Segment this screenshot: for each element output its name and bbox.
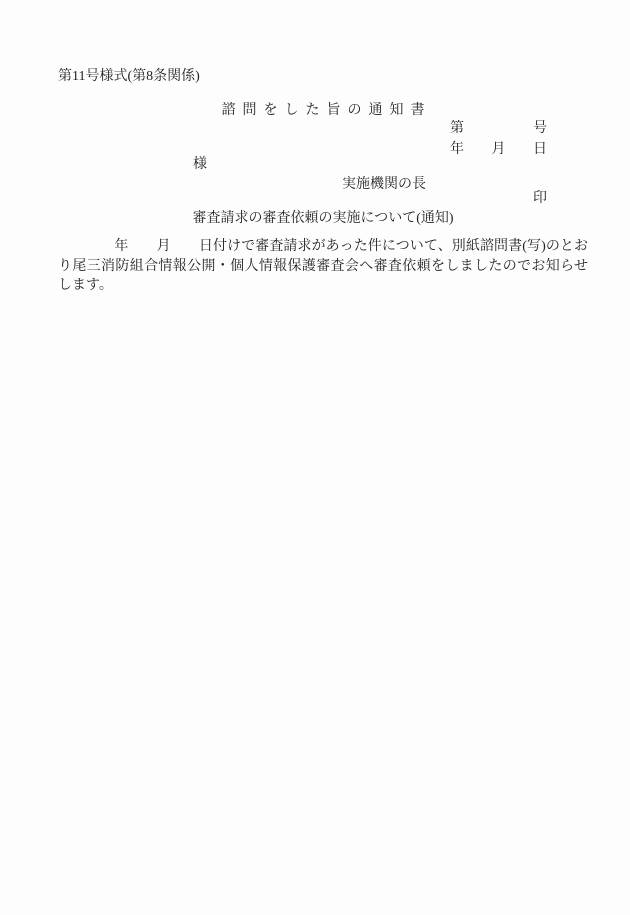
seal-mark: 印 — [533, 187, 547, 207]
body-paragraph: 年 月 日付けで審査請求があった件について、別紙諮問書(写)のとおり尾三消防組合… — [58, 237, 588, 296]
sender-title: 実施機関の長 — [342, 173, 426, 193]
subject-line: 審査請求の審査依頼の実施について(通知) — [58, 207, 588, 227]
date-day-label: 日 — [533, 138, 547, 158]
date-month-label: 月 — [492, 138, 506, 158]
addressee-suffix: 様 — [193, 153, 207, 173]
document-page: 第11号様式(第8条関係) 諮問をした旨の通知書 第 号 年 月 日 様 実施機… — [0, 0, 630, 915]
date-year-label: 年 — [450, 138, 464, 158]
date-row: 年 月 日 — [450, 138, 547, 158]
doc-number-row: 第 号 — [450, 117, 547, 137]
form-number-line: 第11号様式(第8条関係) — [58, 65, 200, 85]
document-title: 諮問をした旨の通知書 — [58, 99, 588, 119]
doc-number-suffix: 号 — [533, 117, 547, 137]
doc-number-prefix: 第 — [450, 117, 464, 137]
